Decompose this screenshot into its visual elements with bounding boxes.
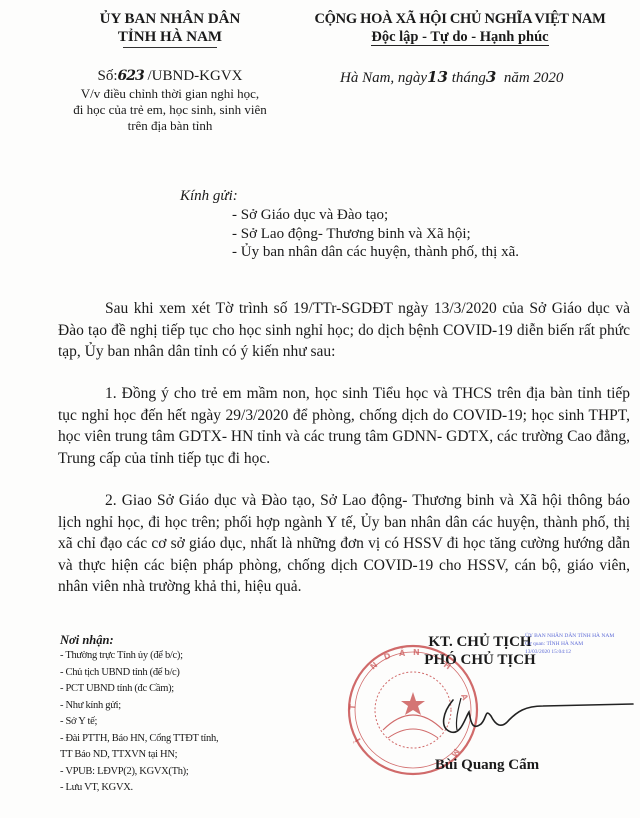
recipients-list: - Sở Giáo dục và Đào tạo; - Sở Lao động-… <box>232 206 519 262</box>
svg-text:T: T <box>348 703 357 710</box>
doc-number-suffix: /UBND-KGVX <box>144 68 243 84</box>
svg-text:Ỉ: Ỉ <box>352 736 363 744</box>
document-number: Số:623 /UBND-KGVX <box>35 68 305 85</box>
paragraph-text: 2. Giao Sở Giáo dục và Đào tạo, Sở Lao đ… <box>58 492 630 595</box>
document-date: Hà Nam, ngày13 tháng3 năm 2020 <box>340 68 563 87</box>
distribution-title: Nơi nhận: <box>60 632 280 648</box>
distribution-item: - VPUB: LĐVP(2), KGVX(Th); <box>60 764 280 781</box>
paragraph-text: Sau khi xem xét Tờ trình số 19/TTr-SGDĐT… <box>58 300 630 360</box>
subject-line: đi học của trẻ em, học sinh, sinh viên <box>35 102 305 118</box>
document-subject: V/v điều chỉnh thời gian nghỉ học, đi họ… <box>35 86 305 134</box>
distribution-item: - Lưu VT, KGVX. <box>60 780 280 797</box>
date-month: 3 <box>486 68 496 86</box>
national-motto: Độc lập - Tự do - Hạnh phúc <box>371 29 548 46</box>
distribution-item: TT Báo ND, TTXVN tại HN; <box>60 747 280 764</box>
distribution-item: - PCT UBND tỉnh (đc Cầm); <box>60 681 280 698</box>
signer-name: Bùi Quang Cẩm <box>412 757 562 774</box>
handwritten-signature-icon <box>425 690 640 740</box>
recipient-item: - Sở Giáo dục và Đào tạo; <box>232 206 519 225</box>
issuer-line2: TỈNH HÀ NAM <box>70 28 270 46</box>
body-paragraph-item-1: 1. Đồng ý cho trẻ em mầm non, học sinh T… <box>58 383 630 469</box>
digital-sig-line: Cơ quan: TỈNH HÀ NAM <box>525 640 637 648</box>
date-prefix: Hà Nam, ngày <box>340 70 427 86</box>
issuer-header: ỦY BAN NHÂN DÂN TỈNH HÀ NAM <box>70 10 270 48</box>
subject-line: trên địa bàn tỉnh <box>35 118 305 134</box>
digital-sig-line: ỦY BAN NHÂN DÂN TỈNH HÀ NAM <box>525 632 637 640</box>
paragraph-text: 1. Đồng ý cho trẻ em mầm non, học sinh T… <box>58 385 630 467</box>
subject-line: V/v điều chỉnh thời gian nghỉ học, <box>35 86 305 102</box>
body-paragraph-item-2: 2. Giao Sở Giáo dục và Đào tạo, Sở Lao đ… <box>58 490 630 598</box>
distribution-item: - Đài PTTH, Báo HN, Cổng TTĐT tỉnh, <box>60 731 280 748</box>
date-day: 13 <box>427 68 448 86</box>
doc-number-handwritten: 623 <box>118 68 144 84</box>
date-month-label: tháng <box>448 70 486 86</box>
body-paragraph-intro: Sau khi xem xét Tờ trình số 19/TTr-SGDĐT… <box>58 298 630 363</box>
recipient-item: - Ủy ban nhân dân các huyện, thành phố, … <box>232 243 519 262</box>
national-title: CỘNG HOÀ XÃ HỘI CHỦ NGHĨA VIỆT NAM <box>285 10 635 28</box>
doc-number-prefix: Số: <box>98 68 118 84</box>
date-year: năm 2020 <box>496 70 563 86</box>
digital-sig-line: 13/03/2020 15:04:12 <box>525 648 637 656</box>
distribution-item: - Chủ tịch UBND tỉnh (để b/c) <box>60 665 280 682</box>
digital-signature-stamp: ỦY BAN NHÂN DÂN TỈNH HÀ NAM Cơ quan: TỈN… <box>525 632 637 656</box>
distribution-item: - Như kính gửi; <box>60 698 280 715</box>
issuer-line1: ỦY BAN NHÂN DÂN <box>70 10 270 28</box>
recipients-label: Kính gửi: <box>180 188 238 205</box>
distribution-list: Nơi nhận: - Thường trực Tỉnh ủy (để b/c)… <box>60 632 280 797</box>
distribution-item: - Thường trực Tỉnh ủy (để b/c); <box>60 648 280 665</box>
svg-text:N: N <box>369 660 380 671</box>
national-header: CỘNG HOÀ XÃ HỘI CHỦ NGHĨA VIỆT NAM Độc l… <box>285 10 635 46</box>
distribution-item: - Sở Y tế; <box>60 714 280 731</box>
issuer-underline <box>123 47 217 48</box>
recipient-item: - Sở Lao động- Thương binh và Xã hội; <box>232 225 519 244</box>
